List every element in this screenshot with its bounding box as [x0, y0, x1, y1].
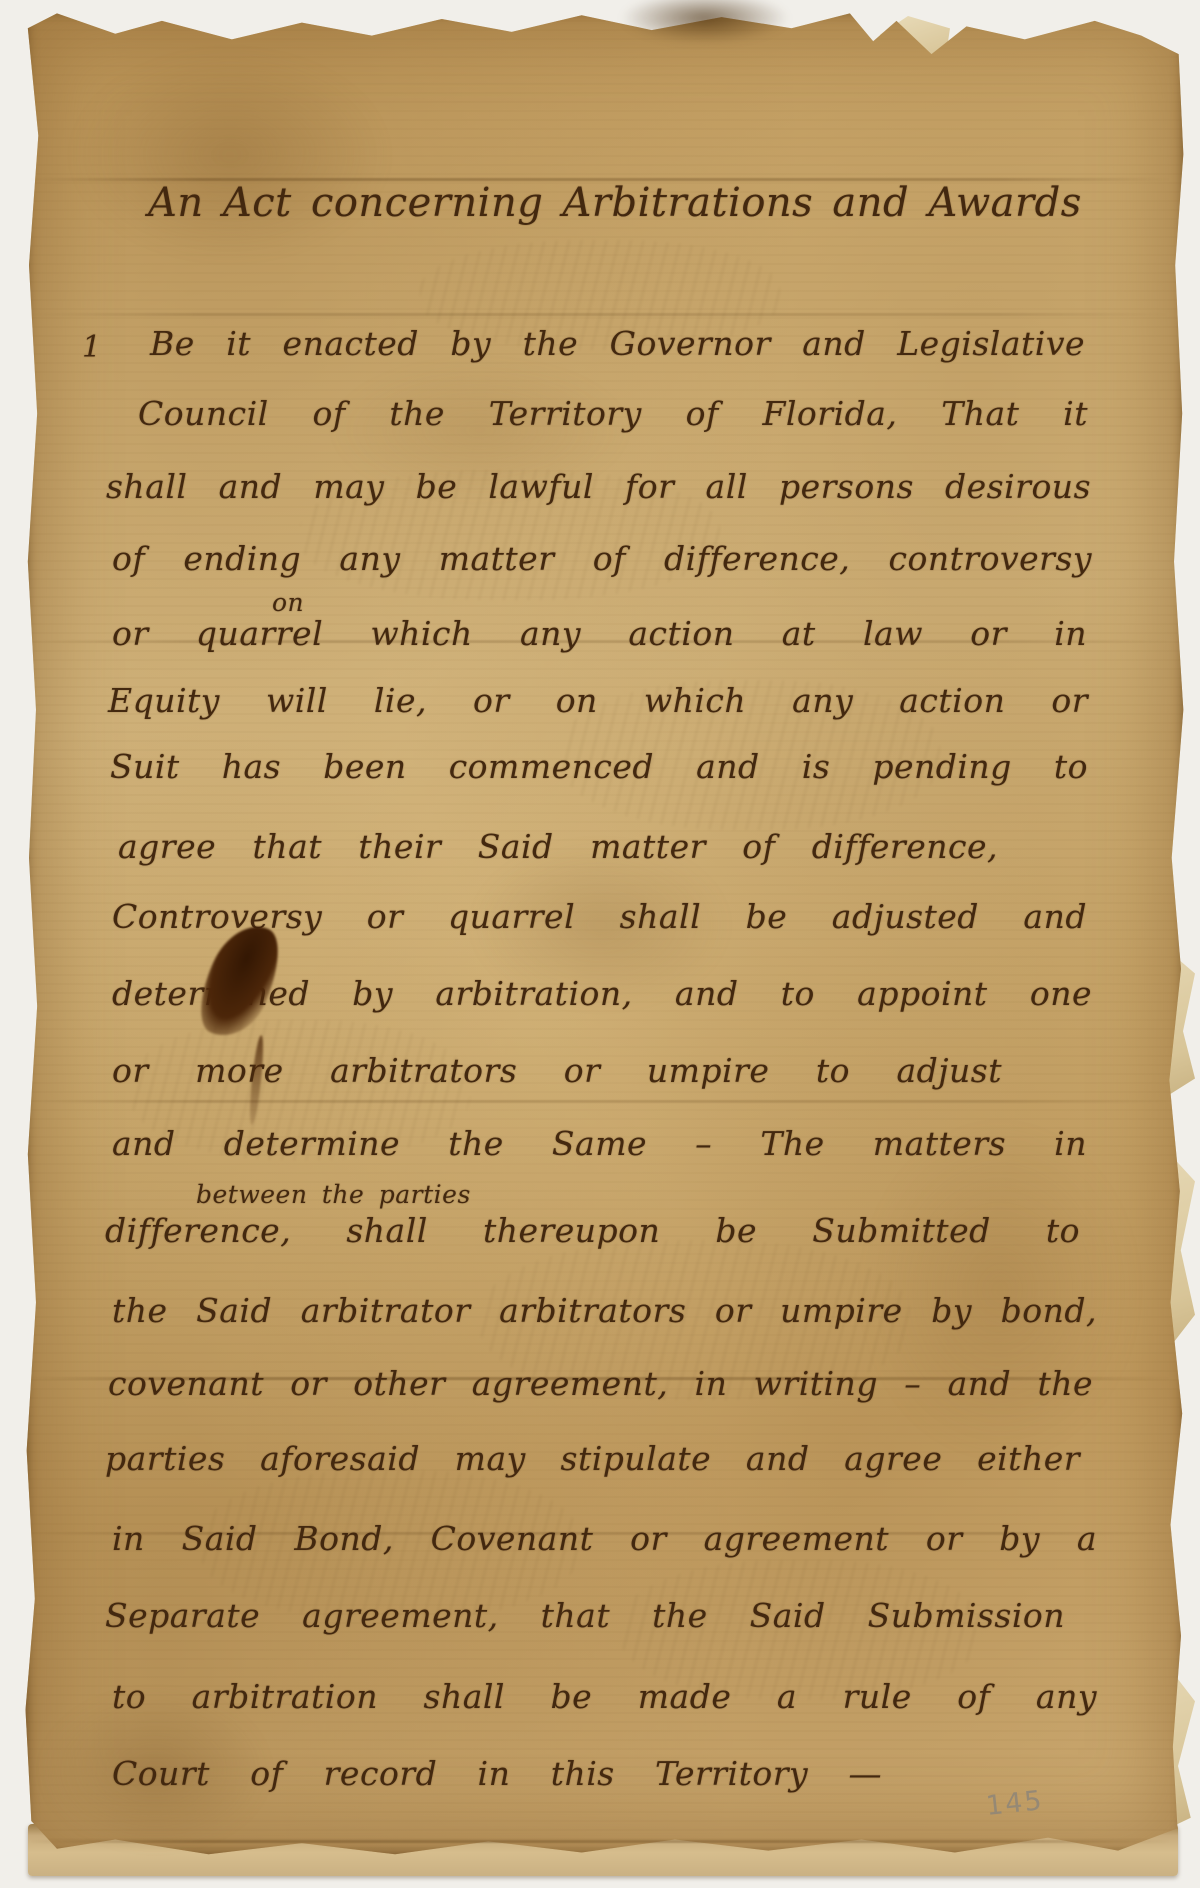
manuscript-line: in Said Bond, Covenant or agreement or b… [112, 1520, 1097, 1558]
manuscript-line: covenant or other agreement, in writing … [108, 1365, 1093, 1403]
handwritten-title: An Act concerning Arbitrations and Award… [148, 180, 1082, 226]
manuscript-line: or more arbitrators or umpire to adjust [112, 1052, 1002, 1090]
manuscript-line: shall and may be lawful for all persons … [106, 468, 1091, 506]
manuscript-line: of ending any matter of difference, cont… [112, 540, 1092, 578]
manuscript-line: agree that their Said matter of differen… [118, 828, 998, 866]
manuscript-line: to arbitration shall be made a rule of a… [112, 1678, 1097, 1716]
manuscript-line: parties aforesaid may stipulate and agre… [105, 1440, 1080, 1478]
manuscript-line: Separate agreement, that the Said Submis… [105, 1597, 1065, 1635]
interlinear-insertion: on [272, 588, 304, 617]
manuscript-line: Be it enacted by the Governor and Legisl… [150, 325, 1085, 363]
manuscript-line: the Said arbitrator arbitrators or umpir… [112, 1292, 1097, 1330]
manuscript-line: or quarrel which any action at law or in [112, 615, 1087, 653]
manuscript-line: Council of the Territory of Florida, Tha… [138, 395, 1088, 433]
manuscript-line: Equity will lie, or on which any action … [108, 682, 1088, 720]
fold-crease [30, 1840, 1170, 1843]
photograph-backdrop: { "manuscript": { "title": "An Act conce… [0, 0, 1200, 1888]
manuscript-line: Court of record in this Territory — [112, 1755, 882, 1793]
manuscript-line: Suit has been commenced and is pending t… [110, 748, 1088, 786]
page-number-pencil: 145 [985, 1785, 1045, 1822]
interlinear-insertion: between the parties [196, 1180, 471, 1209]
section-number: 1 [82, 330, 102, 365]
manuscript-line: and determine the Same – The matters in [112, 1125, 1087, 1163]
manuscript-line: difference, shall thereupon be Submitted… [105, 1212, 1080, 1250]
